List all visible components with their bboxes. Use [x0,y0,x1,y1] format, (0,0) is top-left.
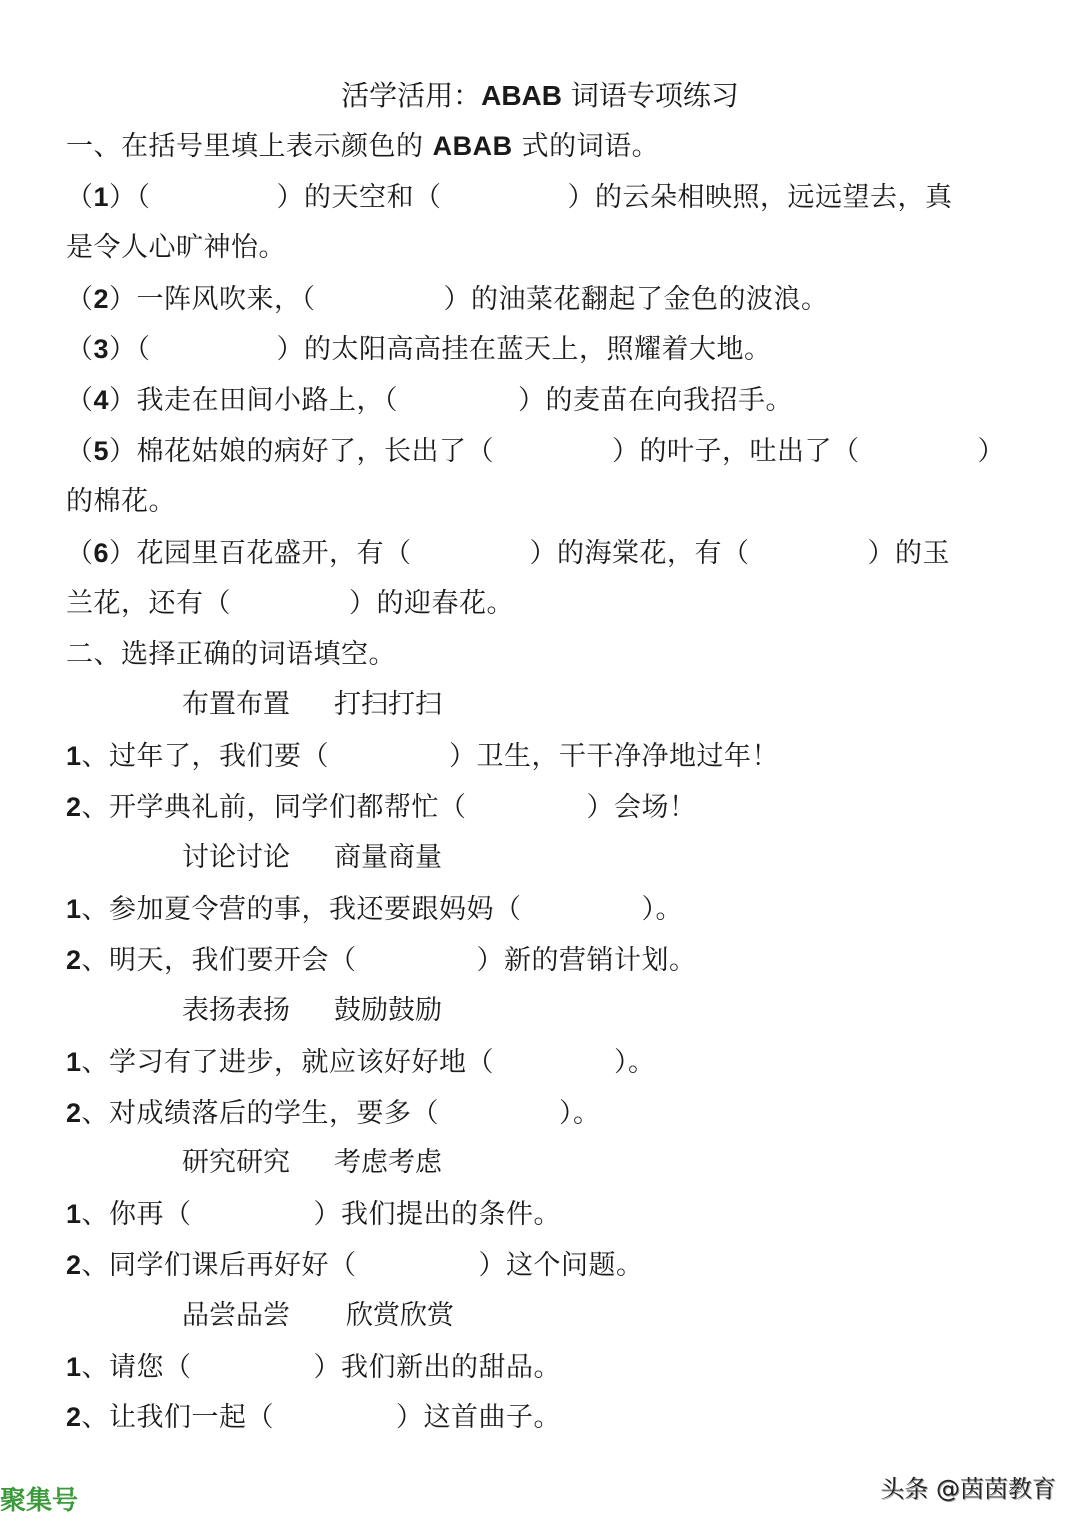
question-row: 1、参加夏令营的事，我还要跟妈妈（）。 [66,892,683,927]
question-row: 2、同学们课后再好好（）这个问题。 [66,1248,644,1283]
section1-heading: 一、在括号里填上表示颜色的 ABAB 式的词语。 [66,129,659,164]
section1-item-5: （5）棉花姑娘的病好了，长出了（）的叶子，吐出了（） [66,434,1005,469]
question-text: ）我们提出的条件。 [314,1199,562,1230]
title-latin: ABAB [481,80,562,111]
word-options: 研究研究考虑考虑 [182,1146,442,1180]
item-text: ）的海棠花，有（ [530,538,750,569]
question-text: 、参加夏令营的事，我还要跟妈妈（ [82,894,522,925]
question-number: 1 [66,741,82,771]
question-number: 1 [66,894,82,924]
word-options: 品尝品尝欣赏欣赏 [182,1299,454,1333]
section1-item-5-cont: 的棉花。 [66,485,176,519]
question-text: ）我们新出的甜品。 [314,1352,562,1383]
section1-item-1: （1）（）的天空和（）的云朵相映照，远远望去，真 [66,180,953,215]
question-row: 2、让我们一起（）这首曲子。 [66,1400,561,1435]
item-text: ）的迎春花。 [349,588,514,619]
item-number: 5 [94,436,110,466]
word-option: 品尝品尝 [182,1300,290,1331]
section2-heading: 二、选择正确的词语填空。 [66,638,396,672]
watermark-right: 头条 @茵茵教育 [880,1472,1056,1506]
word-options: 讨论讨论商量商量 [182,841,442,875]
word-option: 讨论讨论 [182,842,290,873]
section1-item-1-cont: 是令人心旷神怡。 [66,231,286,265]
item-text: ） [978,436,1006,467]
question-text: 、对成绩落后的学生，要多（ [82,1098,440,1129]
question-number: 2 [66,1250,82,1280]
question-text: ）卫生，干干净净地过年！ [449,741,779,772]
item-text: ）的麦苗在向我招手。 [518,385,793,416]
item-text: 花园里百花盛开，有（ [137,538,412,569]
question-number: 1 [66,1352,82,1382]
word-option: 研究研究 [182,1147,290,1178]
worksheet-page: 活学活用：ABAB 词语专项练习 一、在括号里填上表示颜色的 ABAB 式的词语… [0,0,1080,1527]
question-text: 、你再（ [82,1199,192,1230]
question-text: ）这个问题。 [479,1250,644,1281]
question-row: 2、对成绩落后的学生，要多（）。 [66,1096,601,1131]
question-number: 1 [66,1047,82,1077]
question-row: 1、你再（）我们提出的条件。 [66,1197,561,1232]
question-text: 、开学典礼前，同学们都帮忙（ [82,792,467,823]
section1-heading-prefix: 一、在括号里填上表示颜色的 [66,131,433,162]
question-number: 2 [66,1098,82,1128]
word-option: 考虑考虑 [334,1147,442,1178]
item-text: ）的云朵相映照，远远望去，真 [568,182,953,213]
question-text: 、请您（ [82,1352,192,1383]
item-text: （ [137,182,151,213]
watermark-left: 聚集号 [0,1484,78,1518]
title-suffix: 词语专项练习 [562,79,739,112]
question-text: 、让我们一起（ [82,1402,275,1433]
item-text: ）的油菜花翻起了金色的波浪。 [444,284,829,315]
section1-item-3: （3）（）的太阳高高挂在蓝天上，照耀着大地。 [66,332,772,367]
section1-item-6: （6）花园里百花盛开，有（）的海棠花，有（）的玉 [66,536,950,571]
question-text: ）新的营销计划。 [477,945,697,976]
item-number: 6 [94,538,110,568]
section1-item-6-cont: 兰花，还有（）的迎春花。 [66,587,514,621]
section1-heading-suffix: 式的词语。 [513,131,660,162]
question-row: 2、开学典礼前，同学们都帮忙（）会场！ [66,790,697,825]
question-text: ）会场！ [587,792,697,823]
question-text: ）这首曲子。 [396,1402,561,1433]
question-text: 、学习有了进步，就应该好好地（ [82,1047,495,1078]
section1-heading-latin: ABAB [433,131,513,161]
item-number: 4 [94,385,110,415]
item-number: 2 [94,284,110,314]
word-options: 表扬表扬鼓励鼓励 [182,994,442,1028]
question-number: 2 [66,945,82,975]
word-options: 布置布置打扫打扫 [182,688,442,722]
page-title: 活学活用：ABAB 词语专项练习 [0,78,1080,114]
item-number: 3 [94,334,110,364]
word-option: 欣赏欣赏 [346,1300,454,1331]
item-text: 棉花姑娘的病好了，长出了（ [137,436,495,467]
word-option: 表扬表扬 [182,995,290,1026]
question-text: ）。 [614,1047,656,1078]
item-text: ）的玉 [868,538,951,569]
item-text: 一阵风吹来，（ [137,284,316,315]
word-option: 商量商量 [334,842,442,873]
word-option: 打扫打扫 [334,689,442,720]
question-text: ）。 [642,894,684,925]
question-row: 1、请您（）我们新出的甜品。 [66,1350,561,1385]
item-text: （ [137,334,151,365]
word-option: 鼓励鼓励 [334,995,442,1026]
question-row: 2、明天，我们要开会（）新的营销计划。 [66,943,697,978]
question-text: 、明天，我们要开会（ [82,945,357,976]
question-number: 2 [66,792,82,822]
item-text: 兰花，还有（ [66,588,231,619]
question-text: 、同学们课后再好好（ [82,1250,357,1281]
question-number: 1 [66,1199,82,1229]
section1-item-4: （4）我走在田间小路上，（）的麦苗在向我招手。 [66,383,793,418]
question-number: 2 [66,1402,82,1432]
item-text: ）的叶子，吐出了（ [612,436,860,467]
item-text: 我走在田间小路上，（ [137,385,399,416]
question-text: 、过年了，我们要（ [82,741,330,772]
question-text: ）。 [559,1098,601,1129]
question-row: 1、过年了，我们要（）卫生，干干净净地过年！ [66,739,779,774]
question-row: 1、学习有了进步，就应该好好地（）。 [66,1045,656,1080]
section1-item-2: （2）一阵风吹来，（）的油菜花翻起了金色的波浪。 [66,282,829,317]
item-number: 1 [94,182,110,212]
title-prefix: 活学活用： [341,79,481,112]
word-option: 布置布置 [182,689,290,720]
item-text: ）的天空和（ [277,182,442,213]
item-text: ）的太阳高高挂在蓝天上，照耀着大地。 [277,334,772,365]
